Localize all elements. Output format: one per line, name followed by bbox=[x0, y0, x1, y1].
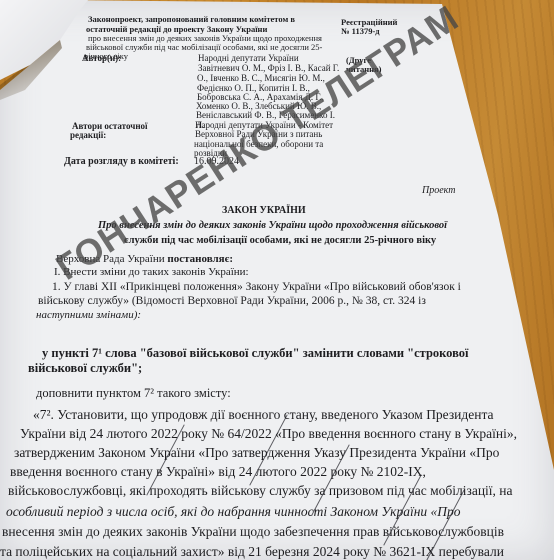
author-line: О., Івченко В. С., Мисягін Ю. М., bbox=[197, 74, 325, 83]
paragraph-line: України від 24 лютого 2022 року № 64/202… bbox=[20, 427, 517, 441]
paragraph-line: затвердженим Законом України «Про затвер… bbox=[14, 446, 499, 460]
authors-label: Автор(и): bbox=[82, 54, 121, 63]
author-line: Народні депутати України bbox=[198, 54, 299, 63]
paragraph-line: «7². Установити, що упродовж дії воєнног… bbox=[33, 408, 494, 422]
author-line: Завітневич О. М., Фріз І. В., Касай Г. bbox=[198, 64, 339, 73]
law-subtitle-line2: служби під час мобілізації особами, які … bbox=[124, 236, 436, 247]
bill-title-line1: Законопроект, запропонований головним ко… bbox=[88, 15, 295, 24]
amendment-line1: у пункті 7¹ слова "базової військової сл… bbox=[42, 347, 469, 360]
item-1-line1: 1. У главі XII «Прикінцеві положення» За… bbox=[52, 282, 461, 294]
add-point-line: доповнити пунктом 7² такого змісту: bbox=[36, 387, 231, 400]
committee-date-label: Дата розгляду в комітеті: bbox=[64, 157, 179, 167]
registration-number: № 11379-д bbox=[341, 27, 380, 36]
preamble-decree: постановляє: bbox=[167, 253, 233, 265]
paragraph-line: військовослужбовці, які проходять військ… bbox=[8, 484, 513, 498]
paragraph-line: особливий період з числа осіб, які до на… bbox=[6, 505, 461, 519]
document-content: Законопроект, запропонований головним ко… bbox=[0, 0, 554, 560]
paragraph-line: введення воєнного стану в Україні» від 2… bbox=[10, 465, 426, 479]
paragraph-line: внесення змін до деяких законів України … bbox=[2, 525, 504, 539]
item-1-line3: наступними змінами): bbox=[36, 310, 141, 321]
amendment-line2: військової служби"; bbox=[28, 362, 142, 375]
final-authors-label-line2: редакції: bbox=[70, 131, 106, 140]
draft-mark: Проект bbox=[422, 186, 455, 196]
item-1-line2: військову службу» (Відомості Верховної Р… bbox=[38, 296, 426, 308]
law-title: ЗАКОН УКРАЇНИ bbox=[222, 206, 306, 216]
